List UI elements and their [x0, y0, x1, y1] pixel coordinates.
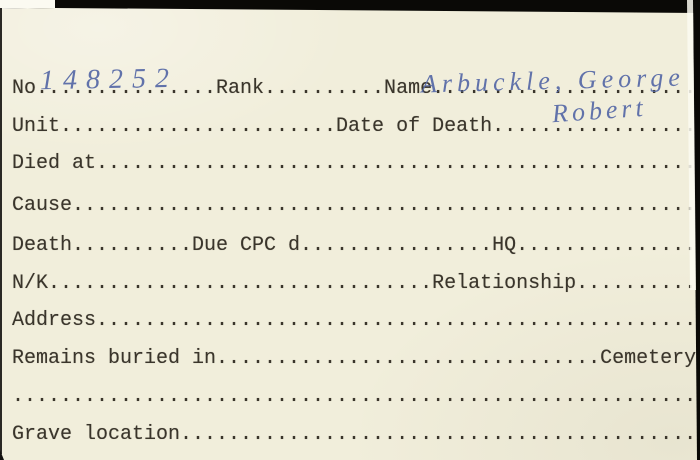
- field-line-death-due-cpc-hq: Death..........Due CPC d................…: [12, 236, 696, 256]
- field-line-continuation-dots: ........................................…: [12, 387, 696, 407]
- field-line-died-at: Died at.................................…: [12, 154, 696, 174]
- field-line-grave-location: Grave location..........................…: [12, 425, 696, 445]
- field-line-remains-buried-in: Remains buried in.......................…: [12, 349, 696, 369]
- scan-border-left: [0, 8, 2, 454]
- scanned-death-record-card: No...............Rank..........Name.....…: [0, 0, 700, 460]
- field-line-cause: Cause...................................…: [12, 196, 696, 216]
- field-line-nk-relationship: N/K................................Relat…: [12, 274, 696, 294]
- field-line-address: Address.................................…: [12, 311, 696, 331]
- handwritten-service-number: 148252: [40, 63, 179, 97]
